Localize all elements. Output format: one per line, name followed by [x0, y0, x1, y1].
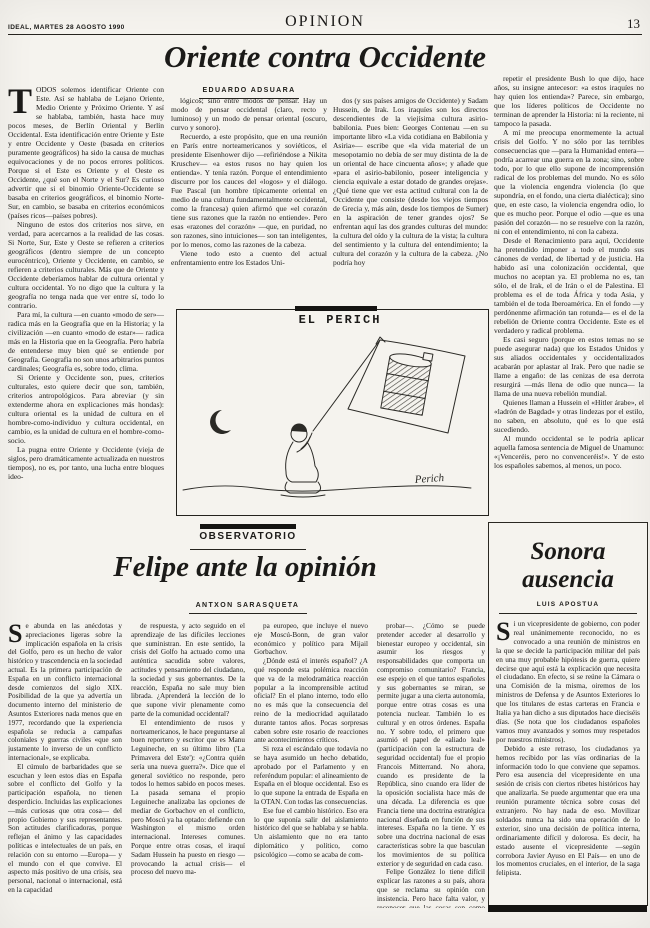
paragraph: Es casi seguro (porque en estos temas no… [494, 335, 644, 398]
paragraph: Felipe González lo tiene difícil explica… [377, 868, 485, 908]
paragraph: Para mí, la cultura —en cuanto «modo de … [8, 310, 164, 373]
felipe-article-headline: Felipe ante la opinión [0, 551, 490, 583]
drop-cap: T [8, 85, 36, 115]
crescent-moon-icon [210, 410, 231, 434]
cartoon-drawing: Perich [177, 330, 484, 512]
observatorio-rule [190, 549, 306, 550]
paragraph: Al mundo occidental se le podría aplicar… [494, 434, 644, 470]
felipe-column-4: probar—. ¿Cómo se puede pretender accede… [377, 622, 485, 908]
header-rule [8, 34, 642, 35]
paragraph: Quienes llaman a Hussein el «Hitler árab… [494, 398, 644, 434]
sonora-headline: Sonora ausencia [499, 538, 637, 594]
paragraph: Si Oriente y Occidente son, pues, criter… [8, 373, 164, 445]
paragraph: probar—. ¿Cómo se puede pretender accede… [377, 622, 485, 868]
sonora-text: Si un vicepresidente de gobierno, con po… [496, 620, 640, 878]
section-title: OPINION [0, 13, 650, 31]
main-article-headline: Oriente contra Occidente [0, 40, 650, 74]
sonora-byline: LUIS APOSTUA [489, 601, 647, 608]
main-article-column-3: dos (y sus países amigos de Occidente) y… [333, 96, 488, 306]
byline-text: ANTXON SARASQUETA [196, 602, 300, 609]
paragraph: pa europeo, que incluye el nuevo eje Mos… [254, 622, 368, 657]
paragraph: El cúmulo de barbaridades que se escucha… [8, 763, 122, 895]
paragraph: Debido a este retraso, los ciudadanos ya… [496, 745, 640, 879]
paragraph: La pugna entre Oriente y Occidente (viej… [8, 445, 164, 481]
byline-text: EDUARDO ADSUARA [202, 87, 295, 94]
paragraph: de respuesta, y acto seguido en el apren… [131, 622, 245, 719]
lead-paragraph: TODOS solemos identificar Oriente con Es… [8, 85, 164, 220]
paragraph: dos (y sus países amigos de Occidente) y… [333, 96, 488, 267]
lead-text: i un vicepresidente de gobierno, con pod… [496, 619, 640, 744]
cartoon-box: EL PERICH [176, 309, 489, 516]
main-article-column-4: repetir el presidente Bush lo que dijo, … [494, 74, 644, 522]
cartoon-title: EL PERICH [275, 313, 405, 327]
cartoon-title-bar [295, 306, 377, 311]
observatorio-bar [200, 524, 296, 529]
paragraph: Si reza el escándalo que todavía no se h… [254, 745, 368, 807]
sonora-byline-rule [499, 613, 637, 614]
praying-figure-icon [281, 423, 325, 497]
paragraph: Desde el Renacimiento para aquí, Occiden… [494, 236, 644, 335]
paragraph: Viene todo esto a cuento del actual enfr… [171, 249, 327, 267]
sonora-article-box: Sonora ausencia LUIS APOSTUA Si un vicep… [488, 522, 648, 906]
flag-icon [313, 337, 465, 433]
felipe-column-3: pa europeo, que incluye el nuevo eje Mos… [254, 622, 368, 908]
ground-line [183, 486, 471, 491]
byline-rule [189, 613, 307, 614]
main-article-column-2: lógicos; sino entre modos de pensar. Hay… [171, 96, 327, 305]
oil-barrel-icon [381, 347, 433, 415]
sonora-bottom-bar [488, 905, 647, 912]
paragraph: repetir el presidente Bush lo que dijo, … [494, 74, 644, 128]
paragraph: ¿Dónde está el interés español? ¿A qué r… [254, 657, 368, 745]
paragraph: El entendimiento de rusos y norteamerica… [131, 719, 245, 877]
felipe-article-byline: ANTXON SARASQUETA [165, 602, 330, 614]
lead-text: e abunda en las anécdotas y apreciacione… [8, 622, 122, 762]
newspaper-page: IDEAL, MARTES 28 AGOSTO 1990 OPINION 13 … [0, 0, 650, 928]
felipe-column-2: de respuesta, y acto seguido en el apren… [131, 622, 245, 908]
observatorio-label: OBSERVATORIO [188, 531, 308, 542]
cartoonist-signature: Perich [413, 472, 445, 486]
paragraph: A mí me preocupa enormemente la actual c… [494, 128, 644, 236]
lead-paragraph: Si un vicepresidente de gobierno, con po… [496, 620, 640, 745]
felipe-column-1: Se abunda en las anécdotas y apreciacion… [8, 622, 122, 908]
paragraph: Ninguno de estos dos criterios nos sirve… [8, 220, 164, 310]
page-number: 13 [627, 16, 640, 32]
drop-cap: S [496, 620, 513, 642]
main-article-column-1: TODOS solemos identificar Oriente con Es… [8, 85, 164, 517]
lead-paragraph: Se abunda en las anécdotas y apreciacion… [8, 622, 122, 763]
paragraph: lógicos; sino entre modos de pensar. Hay… [171, 96, 327, 132]
drop-cap: S [8, 622, 25, 644]
paragraph: Recuerdo, a este propósito, que en una r… [171, 132, 327, 249]
paragraph: Ese fue el cambio histórico. Eso era lo … [254, 807, 368, 860]
